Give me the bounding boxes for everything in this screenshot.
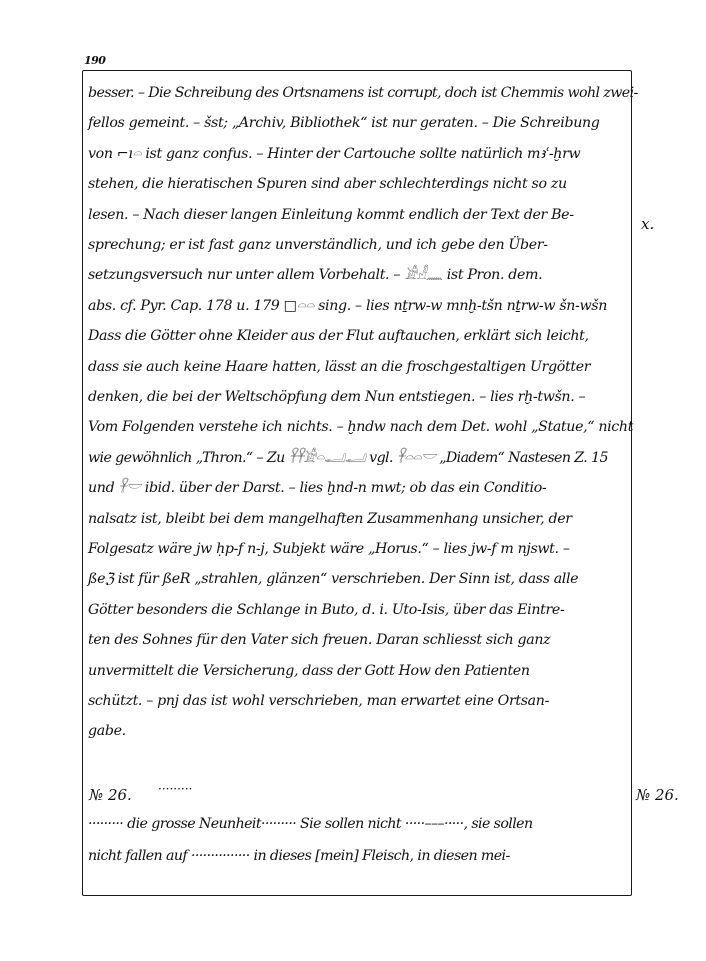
section-lacuna-dots: ········· xyxy=(158,782,192,796)
text-line: abs. cf. Pyr. Cap. 178 u. 179 □𓏏𓏏 sing. … xyxy=(88,299,636,313)
text-line: von ⌐ı𓏏 ist ganz confus. – Hinter der Ca… xyxy=(88,147,636,161)
translation-line: nicht fallen auf ··············· in dies… xyxy=(88,849,636,863)
text-line: wie gewöhnlich „Thron.“ – Zu 𓋹𓋹𓀀𓏏𓂝𓂝 vgl.… xyxy=(88,451,636,465)
text-line: Vom Folgenden verstehe ich nichts. – ḫnd… xyxy=(88,420,636,434)
text-line: schützt. – pnj das ist wohl verschrieben… xyxy=(88,694,636,708)
text-line: stehen, die hieratischen Spuren sind abe… xyxy=(88,177,636,191)
text-line: dass sie auch keine Haare hatten, lässt … xyxy=(88,360,636,374)
text-line: ßeℨ ist für ßeR „strahlen, glänzen“ vers… xyxy=(88,572,636,586)
text-line: Dass die Götter ohne Kleider aus der Flu… xyxy=(88,329,636,343)
page-number: 190 xyxy=(84,54,105,67)
text-line: unvermittelt die Versicherung, dass der … xyxy=(88,664,636,678)
text-line: Götter besonders die Schlange in Buto, d… xyxy=(88,603,636,617)
text-line: besser. – Die Schreibung des Ortsnamens … xyxy=(88,86,636,100)
text-line: ten des Sohnes für den Vater sich freuen… xyxy=(88,633,636,647)
translation-line: ········· die grosse Neunheit········· S… xyxy=(88,817,636,831)
margin-note: x. xyxy=(641,215,654,233)
text-line: und 𓋹𓎟 ibid. über der Darst. – lies ḫnd-… xyxy=(88,481,636,495)
text-line: nalsatz ist, bleibt bei dem mangelhaften… xyxy=(88,512,636,526)
text-line: gabe. xyxy=(88,724,636,738)
text-line: fellos gemeint. – šst; „Archiv, Biblioth… xyxy=(88,116,636,130)
text-line: lesen. – Nach dieser langen Einleitung k… xyxy=(88,208,636,222)
text-line: sprechung; er ist fast ganz unverständli… xyxy=(88,238,636,252)
text-line: denken, die bei der Weltschöpfung dem Nu… xyxy=(88,390,636,404)
section-heading-margin: № 26. xyxy=(636,786,679,804)
text-line: setzungsversuch nur unter allem Vorbehal… xyxy=(88,268,636,282)
text-line: Folgesatz wäre jw ḥp-f n-j, Subjekt wäre… xyxy=(88,542,636,556)
section-heading: № 26. xyxy=(89,786,132,804)
